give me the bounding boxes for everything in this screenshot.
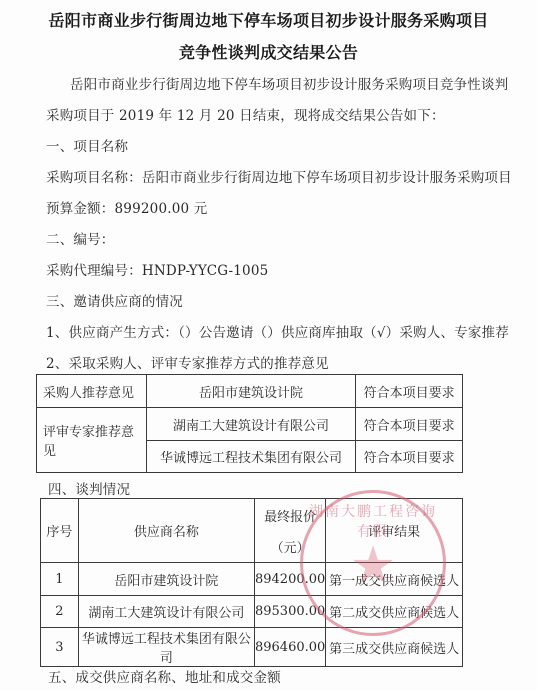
table-row: 采购人推荐意见 岳阳市建筑设计院 符合本项目要求 bbox=[37, 375, 463, 408]
table-row: 评审专家推荐意见 湖南工大建筑设计有限公司 符合本项目要求 bbox=[37, 408, 463, 441]
header-price: 最终报价 （元） bbox=[254, 499, 325, 563]
recommended-supplier: 华诚博远工程技术集团有限公司 bbox=[146, 441, 355, 473]
expert-opinion-label: 评审专家推荐意见 bbox=[37, 408, 147, 473]
document-page: 岳阳市商业步行街周边地下停车场项目初步设计服务采购项目 竞争性谈判成交结果公告 … bbox=[0, 0, 537, 691]
header-price-line2: （元） bbox=[255, 537, 325, 556]
agency-code-text: 采购代理编号：HNDP-YYCG-1005 bbox=[46, 259, 268, 279]
header-price-line1: 最终报价 bbox=[255, 506, 325, 525]
cell-supplier: 湖南工大建筑设计有限公司 bbox=[78, 596, 254, 628]
supplier-method-text: 1、供应商产生方式：（）公告邀请（）供应商库抽取（√）采购人、专家推荐 bbox=[46, 321, 509, 341]
recommend-opinion: 符合本项目要求 bbox=[356, 408, 463, 441]
cell-seq: 1 bbox=[41, 563, 79, 596]
intro-paragraph-line1: 岳阳市商业步行街周边地下停车场项目初步设计服务采购项目竞争性谈判 bbox=[70, 73, 508, 93]
cell-seq: 3 bbox=[41, 628, 79, 667]
document-title-line2: 竞争性谈判成交结果公告 bbox=[0, 40, 537, 63]
header-result: 评审结果 bbox=[326, 499, 463, 563]
section5-heading: 五、成交供应商名称、地址和成交金额 bbox=[48, 666, 281, 686]
recommend-opinion: 符合本项目要求 bbox=[356, 375, 463, 408]
budget-text: 预算金额：899200.00 元 bbox=[46, 197, 208, 217]
section3-heading: 三、邀请供应商的情况 bbox=[46, 290, 183, 310]
purchaser-opinion-label: 采购人推荐意见 bbox=[37, 375, 147, 408]
header-seq: 序号 bbox=[41, 499, 79, 563]
cell-result: 第三成交供应商候选人 bbox=[326, 628, 463, 667]
cell-supplier: 华诚博远工程技术集团有限公司 bbox=[78, 628, 254, 667]
recommendation-table: 采购人推荐意见 岳阳市建筑设计院 符合本项目要求 评审专家推荐意见 湖南工大建筑… bbox=[36, 374, 463, 473]
intro-paragraph-line2: 采购项目于 2019 年 12 月 20 日结束，现将成交结果公告如下： bbox=[46, 104, 445, 124]
table-row: 3 华诚博远工程技术集团有限公司 896460.00 第三成交供应商候选人 bbox=[41, 628, 463, 667]
cell-seq: 2 bbox=[41, 596, 79, 628]
project-name-text: 采购项目名称：岳阳市商业步行街周边地下停车场项目初步设计服务采购项目 bbox=[46, 166, 512, 186]
table-header-row: 序号 供应商名称 最终报价 （元） 评审结果 bbox=[41, 499, 463, 563]
recommended-supplier: 岳阳市建筑设计院 bbox=[146, 375, 355, 408]
section1-heading: 一、项目名称 bbox=[46, 135, 128, 155]
cell-price: 895300.00 bbox=[254, 596, 325, 628]
document-title-line1: 岳阳市商业步行街周边地下停车场项目初步设计服务采购项目 bbox=[0, 8, 537, 31]
cell-price: 894200.00 bbox=[254, 563, 325, 596]
cell-result: 第一成交供应商候选人 bbox=[326, 563, 463, 596]
table-row: 1 岳阳市建筑设计院 894200.00 第一成交供应商候选人 bbox=[41, 563, 463, 596]
cell-supplier: 岳阳市建筑设计院 bbox=[78, 563, 254, 596]
table-row: 2 湖南工大建筑设计有限公司 895300.00 第二成交供应商候选人 bbox=[41, 596, 463, 628]
recommend-opinion: 符合本项目要求 bbox=[356, 441, 463, 473]
cell-price: 896460.00 bbox=[254, 628, 325, 667]
section2-heading: 二、编号： bbox=[46, 228, 115, 248]
negotiation-table: 序号 供应商名称 最终报价 （元） 评审结果 1 岳阳市建筑设计院 894200… bbox=[40, 498, 463, 667]
header-supplier: 供应商名称 bbox=[78, 499, 254, 563]
section4-heading: 四、谈判情况 bbox=[48, 478, 130, 498]
cell-result: 第二成交供应商候选人 bbox=[326, 596, 463, 628]
recommend-opinion-heading: 2、采取采购人、评审专家推荐方式的推荐意见 bbox=[46, 352, 329, 372]
recommended-supplier: 湖南工大建筑设计有限公司 bbox=[146, 408, 355, 441]
